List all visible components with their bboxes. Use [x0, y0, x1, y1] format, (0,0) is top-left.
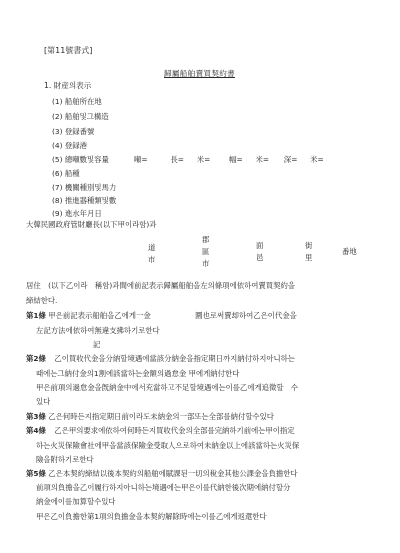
- article-4-text-2: 하는火災保險會社에甲을當該保險金受取人으로하여未納金以上에該當하는火災保: [36, 440, 299, 451]
- article-5-text-4: 甲은乙이負擔한第1項의負擔金을本契約解除時에는이를乙에게返還한다: [36, 511, 267, 522]
- article-1-label: 第1條: [26, 311, 46, 320]
- length-label: 長=: [170, 154, 194, 165]
- preamble-line-2: 締結한다.: [26, 295, 57, 306]
- address-gun-gu-si: 郡 區 市: [202, 234, 209, 270]
- article-2-text: 乙이買收代金을分納할境遇에當該分納金을指定期日까지納付하지아니하는: [54, 354, 295, 363]
- length-unit: 米=: [197, 154, 227, 165]
- dimension-fields: 噸= 長= 米= 幅= 米= 深= 米=: [134, 154, 334, 165]
- article-4-text: 乙은甲의要求에依하여何時든지買收代金의全部를完納하기前에는甲이指定: [54, 426, 294, 435]
- address-ga-ri: 街 里: [305, 240, 312, 264]
- form-number: [第11號書式]: [44, 45, 92, 56]
- section-heading-property: 1. 財産의表示: [44, 80, 91, 91]
- property-item-1: (1) 船舶所在地: [52, 96, 102, 107]
- article-3-label: 第3條: [26, 412, 46, 421]
- width-label: 幅=: [229, 154, 253, 165]
- address-do-si: 道 市: [148, 242, 155, 266]
- address-beonji: 番地: [342, 246, 357, 258]
- article-2-text-3: 甲은前項의過怠金을旣納金中에서充當하고不足할境遇에는이를乙에게追徵할 수: [36, 382, 298, 393]
- property-item-7: (7) 機關種別및馬力: [52, 182, 116, 193]
- address-myeon-eup: 面 邑: [256, 240, 263, 264]
- article-5-text-3: 納金에이를加算할수있다: [36, 496, 116, 507]
- property-item-8: (8) 推進器種類및數: [52, 195, 116, 206]
- article-1-text: 甲은前記表示船舶을乙에게一金 圜也로써賣却하여乙은이代金을: [48, 311, 297, 320]
- article-5-text: 乙은本契約締結以後本契約의船舶에賦課된一切의稅金其他公課金을負擔한다: [48, 469, 297, 478]
- article-4-label: 第4條: [26, 426, 46, 435]
- depth-unit: 米=: [310, 154, 334, 165]
- article-5-label: 第5條: [26, 469, 46, 478]
- depth-label: 深=: [284, 154, 308, 165]
- tonnage-label: 噸=: [134, 154, 168, 165]
- article-3-text: 乙은何時든지指定期日前이라도未納金의一部또는全部를納付할수있다: [48, 412, 274, 421]
- property-item-6: (6) 船種: [52, 168, 80, 179]
- article-2-label: 第2條: [26, 354, 46, 363]
- property-item-5: (5) 總噸數및容量: [52, 154, 109, 165]
- article-1-text-2: 左記方法에依하여無違支拂하기로한다: [36, 325, 160, 336]
- property-item-9: (9) 進水年月日: [52, 208, 102, 219]
- article-1-ki: 記: [93, 339, 100, 350]
- article-4-text-3: 險을附하기로한다: [36, 454, 94, 465]
- party-a-line: 大韓民國政府管財廳長(以下甲이라함)과: [26, 219, 156, 230]
- property-item-4: (4) 登録港: [52, 140, 87, 151]
- document-title: 歸屬船舶賣買契約書: [164, 68, 235, 79]
- property-item-2: (2) 船舶및그構造: [52, 111, 109, 122]
- article-2-text-4: 있다: [36, 396, 50, 407]
- preamble-line-1: 居住 (以下乙이라 稱함)과間에前記表示歸屬船舶을左의條項에依하여賣買契約을: [26, 280, 295, 291]
- width-unit: 米=: [255, 154, 281, 165]
- article-5-text-2: 前項의負擔을乙이履行하지아니하는境遇에는甲은이를代納한後次期에納付할分: [36, 482, 290, 493]
- article-2-text-2: 때에는그納付金의1割에該當하는金額의過怠金 甲에게納付한다: [36, 368, 239, 379]
- property-item-3: (3) 登録番號: [52, 126, 94, 137]
